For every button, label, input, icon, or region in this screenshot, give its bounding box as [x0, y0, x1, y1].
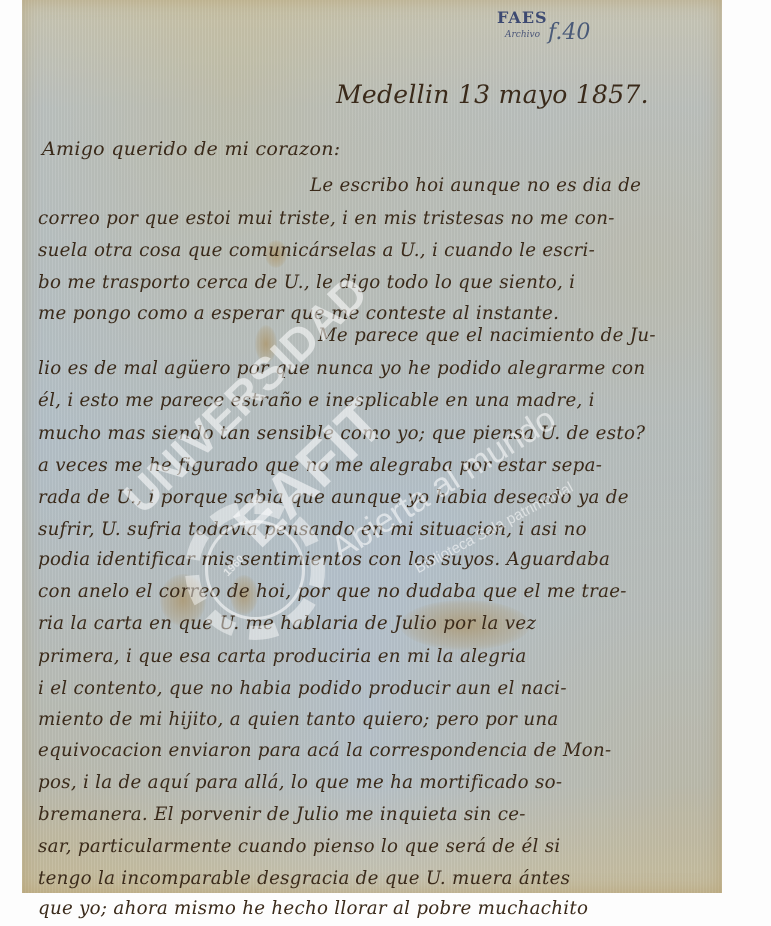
- folio-number: f.40: [548, 20, 590, 45]
- letter-line: mucho mas siendo tan sensible como yo; q…: [38, 423, 645, 444]
- letter-line: Le escribo hoi aunque no es dia de: [310, 175, 641, 196]
- letter-line: primera, i que esa carta produciria en m…: [38, 646, 526, 667]
- letter-line: sar, particularmente cuando pienso lo qu…: [38, 836, 560, 857]
- place-date-line: Medellin 13 mayo 1857.: [336, 80, 649, 109]
- letter-line: que yo; ahora mismo he hecho llorar al p…: [38, 898, 588, 919]
- letter-line: equivocacion enviaron para acá la corres…: [38, 740, 611, 761]
- letter-line: me pongo como a esperar que me conteste …: [38, 303, 559, 324]
- letter-line: a veces me he figurado que no me alegrab…: [38, 455, 602, 476]
- letter-line: i el contento, que no habia podido produ…: [38, 678, 567, 699]
- letter-line: Me parece que el nacimiento de Ju-: [318, 325, 656, 346]
- letter-line: sufrir, U. sufria todavia pensando en mi…: [38, 519, 587, 540]
- letter-line: tengo la incomparable desgracia de que U…: [38, 868, 570, 889]
- letter-line: lio es de mal agüero por que nunca yo he…: [38, 358, 645, 379]
- letter-line: correo por que estoi mui triste, i en mi…: [38, 208, 615, 229]
- letter-line: rada de U., i porque sabia que aunque yo…: [38, 487, 629, 508]
- salutation: Amigo querido de mi corazon:: [42, 138, 340, 160]
- letter-line: bo me trasporto cerca de U., le digo tod…: [38, 272, 575, 293]
- archive-institution-stamp: FAES: [497, 8, 548, 27]
- letter-line: suela otra cosa que comunicárselas a U.,…: [38, 240, 595, 261]
- archive-label: Archivo: [505, 30, 540, 40]
- letter-line: con anelo el correo de hoi, por que no d…: [38, 581, 627, 602]
- letter-line: él, i esto me parece estraño e inesplica…: [38, 390, 595, 411]
- letter-line: pos, i la de aquí para allá, lo que me h…: [38, 772, 562, 793]
- letter-line: podia identificar mis sentimientos con l…: [38, 549, 610, 570]
- letter-line: miento de mi hijito, a quien tanto quier…: [38, 709, 559, 730]
- letter-line: bremanera. El porvenir de Julio me inqui…: [38, 804, 526, 825]
- letter-line: ria la carta en que U. me hablaria de Ju…: [38, 613, 536, 634]
